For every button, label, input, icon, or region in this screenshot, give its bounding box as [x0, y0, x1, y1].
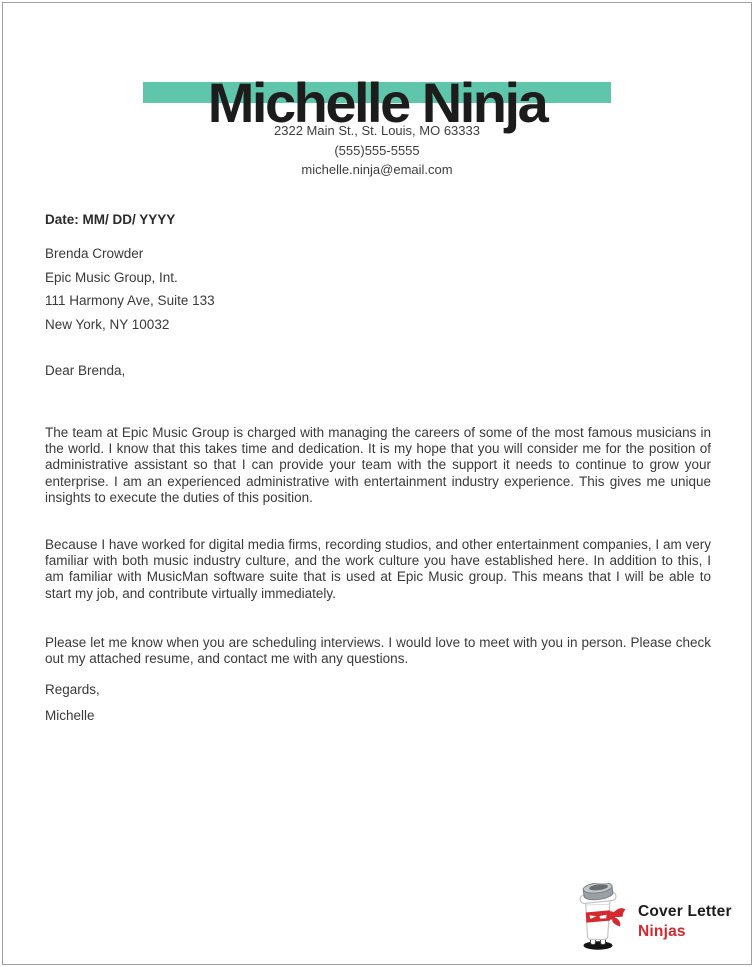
brand-name-line2: Ninjas — [638, 922, 732, 942]
salutation: Dear Brenda, — [45, 363, 125, 378]
brand-name: Cover Letter Ninjas — [638, 902, 732, 942]
brand-name-line1: Cover Letter — [638, 902, 732, 922]
contact-block: 2322 Main St., St. Louis, MO 63333 (555)… — [0, 121, 754, 180]
recipient-city: New York, NY 10032 — [45, 313, 215, 337]
contact-email: michelle.ninja@email.com — [0, 160, 754, 180]
cover-letter-page: Michelle Ninja 2322 Main St., St. Louis,… — [0, 0, 754, 967]
signature: Michelle — [45, 708, 95, 723]
date-line: Date: MM/ DD/ YYYY — [45, 212, 175, 227]
recipient-company: Epic Music Group, Int. — [45, 266, 215, 290]
paragraph-1: The team at Epic Music Group is charged … — [45, 425, 711, 507]
contact-phone: (555)555-5555 — [0, 141, 754, 161]
paragraph-2: Because I have worked for digital media … — [45, 537, 711, 603]
ninja-scroll-icon — [574, 883, 630, 951]
recipient-name: Brenda Crowder — [45, 242, 215, 266]
recipient-street: 111 Harmony Ave, Suite 133 — [45, 289, 215, 313]
recipient-block: Brenda Crowder Epic Music Group, Int. 11… — [45, 242, 215, 336]
brand-logo: Cover Letter Ninjas — [574, 883, 732, 951]
paragraph-3: Please let me know when you are scheduli… — [45, 635, 711, 668]
contact-address: 2322 Main St., St. Louis, MO 63333 — [0, 121, 754, 141]
closing: Regards, — [45, 682, 100, 697]
